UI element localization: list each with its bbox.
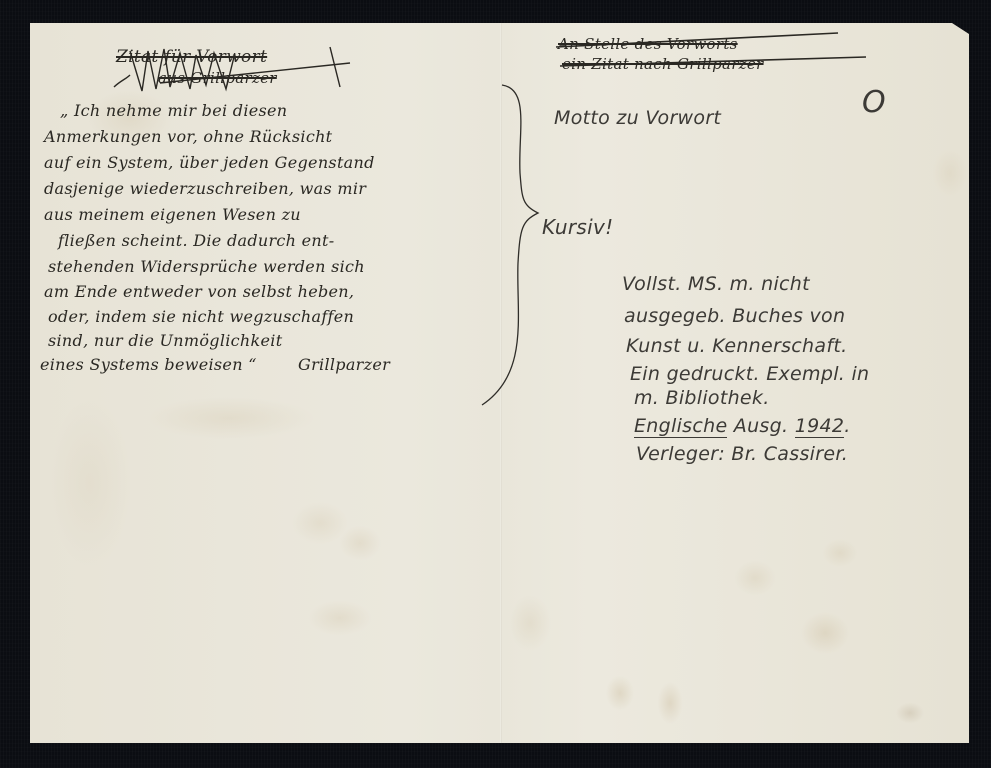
crossed-heading: Zitat für Vorwort [116, 47, 267, 67]
edition-year: 1942 [795, 415, 845, 438]
crossed-heading-line2: aus Grillparzer [158, 69, 277, 87]
note-line: Ein gedruckt. Exempl. in [630, 363, 869, 385]
signature-grillparzer: Grillparzer [298, 355, 390, 374]
quote-line: eines Systems beweisen “ [40, 355, 257, 374]
underlined-word: Englische [634, 415, 727, 438]
quote-line: oder, indem sie nicht wegzuschaffen [48, 307, 354, 326]
quote-line: am Ende entweder von selbst heben, [44, 282, 354, 301]
note-line: Englische Ausg. 1942. [634, 415, 851, 437]
motto-label: Motto zu Vorwort [554, 107, 721, 129]
center-fold [500, 23, 502, 743]
manuscript-sheet: Zitat für Vorwort aus Grillparzer „ Ich … [30, 23, 969, 743]
quote-line: Anmerkungen vor, ohne Rücksicht [44, 127, 332, 146]
curly-bracket-icon [482, 85, 538, 405]
crossed-line: An Stelle des Vorworts [558, 35, 738, 53]
quote-line: sind, nur die Unmöglichkeit [48, 331, 282, 350]
quote-line: fließen scheint. Die dadurch ent- [58, 231, 334, 250]
quote-line: aus meinem eigenen Wesen zu [44, 205, 301, 224]
quote-line: stehenden Widersprüche werden sich [48, 257, 365, 276]
page-marker: O [862, 85, 886, 120]
quote-line: „ Ich nehme mir bei diesen [60, 101, 287, 120]
italic-note: Kursiv! [542, 215, 613, 239]
edition-label: Ausg. [734, 415, 795, 437]
quote-line: auf ein System, über jeden Gegenstand [44, 153, 375, 172]
note-line: ausgegeb. Buches von [624, 305, 845, 327]
crossed-line: ein Zitat nach Grillparzer [562, 55, 764, 73]
note-line: m. Bibliothek. [634, 387, 770, 409]
note-line: Verleger: Br. Cassirer. [636, 443, 848, 465]
note-line: Vollst. MS. m. nicht [622, 273, 810, 295]
quote-line: dasjenige wiederzuschreiben, was mir [44, 179, 366, 198]
note-line: Kunst u. Kennerschaft. [626, 335, 847, 357]
